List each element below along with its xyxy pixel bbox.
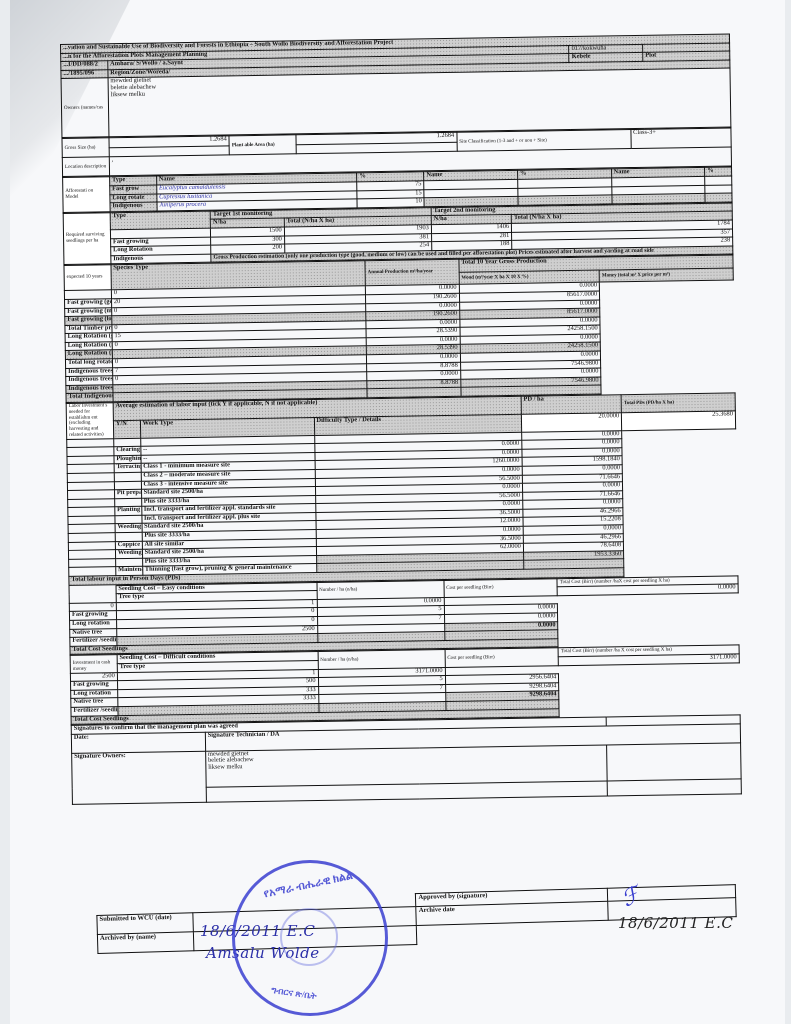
seedling-cost-easy: Seedling Cost – Easy conditionsNumber / … — [69, 575, 740, 655]
scanned-page: ...vation and Sustainable Use of Biodive… — [10, 0, 785, 1024]
site-class-value: Class-3+ — [631, 128, 732, 149]
investment-label: Investment in cash money — [70, 655, 117, 673]
afforestation-management-form: ...vation and Sustainable Use of Biodive… — [60, 33, 742, 804]
model-label: Afforestati on Model — [63, 177, 110, 212]
signatures: Signatures to confirm that the managemen… — [71, 715, 742, 805]
stamp-emblem — [280, 908, 338, 966]
archive-date-handwritten: 18/6/2011 E.C — [618, 914, 733, 932]
plantable-label: Plant able Area (ha) — [229, 135, 296, 155]
owners-label: Owners (names/cas — [61, 78, 109, 138]
required-label: Required surviving seedlings per ha — [63, 212, 111, 264]
form-header: ...vation and Sustainable Use of Biodive… — [60, 33, 731, 138]
owners-names: mewded gietnet beletie alebachew liksew … — [108, 68, 731, 137]
location-label: Location description — [62, 157, 109, 177]
owner-signature-names: mewded gietnet beletie alebachew liksew … — [205, 745, 607, 788]
species-label: Total Indigenous wood stocks 10 years — [66, 393, 113, 402]
official-stamp: የአማራ ብሔራዊ ክልል ግብርና ጽ/ቤት — [232, 860, 388, 1016]
labor-side-label: Labor Investment s needed for establishm… — [66, 403, 113, 439]
gross-production: expected 10 years Species Type Annual Pr… — [63, 255, 735, 403]
seedling-cost-difficult: Investment in cash moneySeedling Cost – … — [70, 645, 741, 725]
labor-input: Labor Investment s needed for establishm… — [66, 392, 739, 585]
gross-size-label: Gross Size (ha) — [62, 138, 109, 158]
expected-label: expected 10 years — [64, 265, 111, 291]
